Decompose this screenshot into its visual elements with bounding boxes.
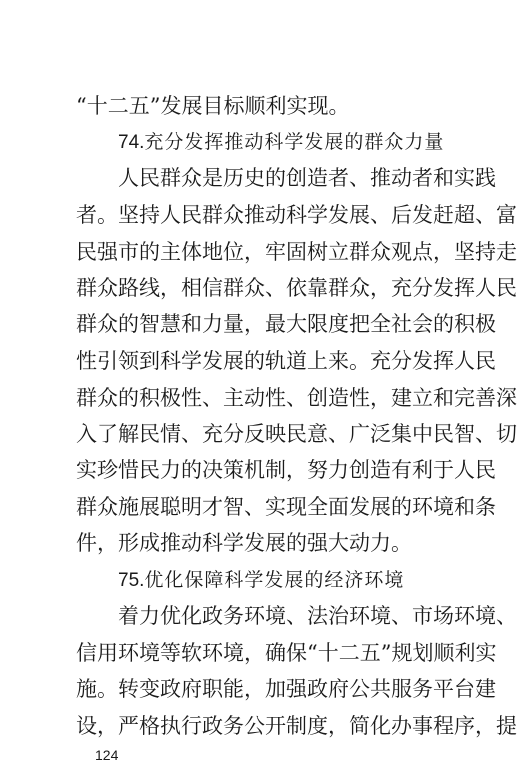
paragraph-line: 群众路线，相信群众、依靠群众，充分发挥人民 <box>76 270 458 306</box>
section-number: 75. <box>118 570 144 591</box>
paragraph-line: “十二五”发展目标顺利实现。 <box>76 88 458 124</box>
paragraph-line: 入了解民情、充分反映民意、广泛集中民智、切 <box>76 416 458 452</box>
section-title: 优化保障科学发展的经济环境 <box>144 569 404 591</box>
paragraph-line: 民强市的主体地位，牢固树立群众观点，坚持走 <box>76 234 458 270</box>
paragraph-line: 者。坚持人民群众推动科学发展、后发赶超、富 <box>76 197 458 233</box>
book-page: “十二五”发展目标顺利实现。 74.充分发挥推动科学发展的群众力量 人民群众是历… <box>0 0 529 774</box>
section-heading-75: 75.优化保障科学发展的经济环境 <box>118 562 404 598</box>
paragraph-line: 人民群众是历史的创造者、推动者和实践 <box>118 160 458 196</box>
paragraph-line: 群众的智慧和力量，最大限度把全社会的积极 <box>76 306 458 342</box>
paragraph-line: 施。转变政府职能，加强政府公共服务平台建 <box>76 671 458 707</box>
paragraph-line: 设，严格执行政务公开制度，简化办事程序，提 <box>76 708 458 744</box>
paragraph-line: 件，形成推动科学发展的强大动力。 <box>76 525 458 561</box>
paragraph-line: 群众施展聪明才智、实现全面发展的环境和条 <box>76 489 458 525</box>
section-number: 74. <box>118 132 144 153</box>
section-title: 充分发挥推动科学发展的群众力量 <box>144 131 444 153</box>
paragraph-line: 实珍惜民力的决策机制，努力创造有利于人民 <box>76 452 458 488</box>
section-heading-74: 74.充分发挥推动科学发展的群众力量 <box>118 124 444 160</box>
paragraph-line: 信用环境等软环境，确保“十二五”规划顺利实 <box>76 635 458 671</box>
paragraph-line: 群众的积极性、主动性、创造性，建立和完善深 <box>76 380 458 416</box>
page-number: 124 <box>95 746 118 764</box>
paragraph-line: 着力优化政务环境、法治环境、市场环境、 <box>118 598 458 634</box>
paragraph-line: 性引领到科学发展的轨道上来。充分发挥人民 <box>76 343 458 379</box>
